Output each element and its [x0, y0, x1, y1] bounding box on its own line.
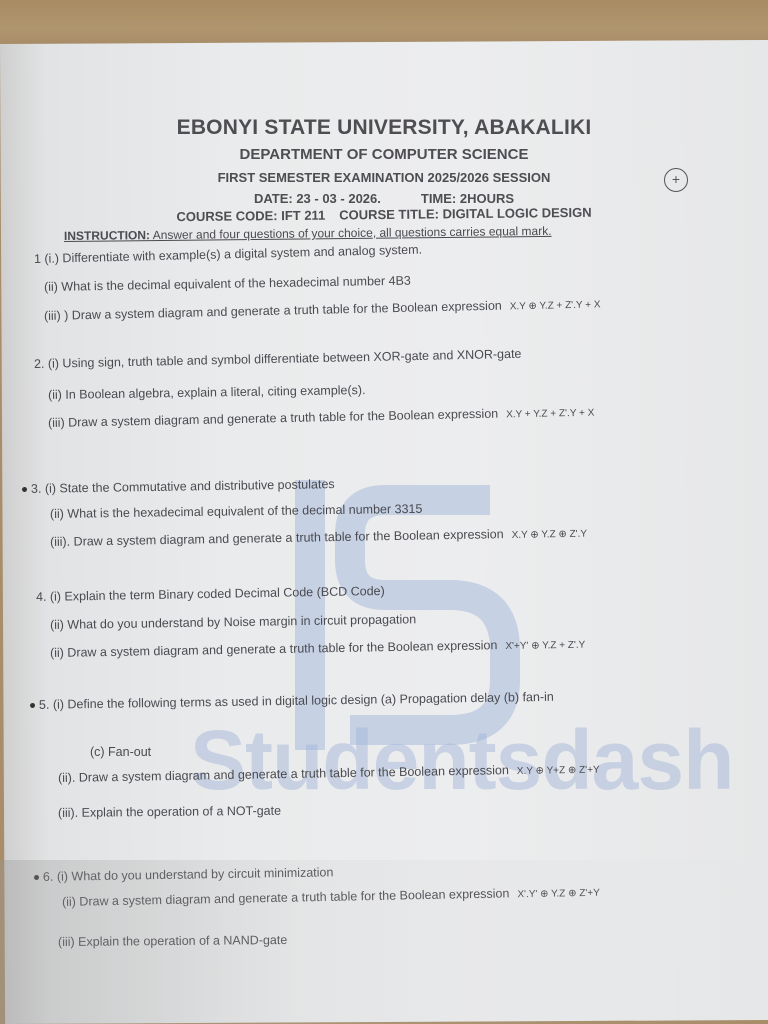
exam-date: DATE: 23 - 03 - 2026. [254, 191, 381, 206]
department-name: DEPARTMENT OF COMPUTER SCIENCE [0, 146, 768, 163]
instruction-text: Answer and four questions of your choice [150, 226, 373, 242]
question-5-part-4: (iii). Explain the operation of a NOT-ga… [58, 804, 281, 820]
exam-title: FIRST SEMESTER EXAMINATION 2025/2026 SES… [0, 170, 768, 185]
university-name: EBONYI STATE UNIVERSITY, ABAKALIKI [0, 116, 768, 140]
question-5-part-2: (c) Fan-out [90, 745, 151, 759]
question-text: (iii). Explain the operation of a NOT-ga… [58, 804, 281, 820]
question-6-part-3: (iii) Explain the operation of a NAND-ga… [58, 933, 287, 949]
boolean-expression: X.Y ⊕ Y.Z ⊕ Z'.Y [512, 529, 588, 541]
bullet-mark-icon [34, 875, 39, 880]
handwritten-mark-icon: + [664, 168, 688, 192]
exam-duration: TIME: 2HOURS [421, 191, 514, 206]
course-title: COURSE TITLE: DIGITAL LOGIC DESIGN [339, 205, 591, 223]
boolean-expression: X'+Y' ⊕ Y.Z + Z'.Y [505, 640, 585, 652]
question-text: (iii) Explain the operation of a NAND-ga… [58, 933, 287, 949]
boolean-expression: X.Y + Y.Z + Z'.Y + X [506, 408, 594, 421]
bullet-mark-icon [30, 703, 35, 708]
boolean-expression: X.Y ⊕ Y.Z + Z'.Y + X [510, 299, 601, 312]
question-text: (c) Fan-out [90, 745, 151, 759]
course-code: COURSE CODE: IFT 211 [176, 208, 325, 225]
boolean-expression: X.Y ⊕ Y+Z ⊕ Z'+Y [517, 765, 600, 777]
bullet-mark-icon [22, 487, 27, 492]
instruction-label: INSTRUCTION: [64, 228, 150, 243]
boolean-expression: X'.Y' ⊕ Y.Z ⊕ Z'+Y [517, 888, 600, 901]
instruction-rest: , all questions carries equal mark. [373, 224, 552, 240]
